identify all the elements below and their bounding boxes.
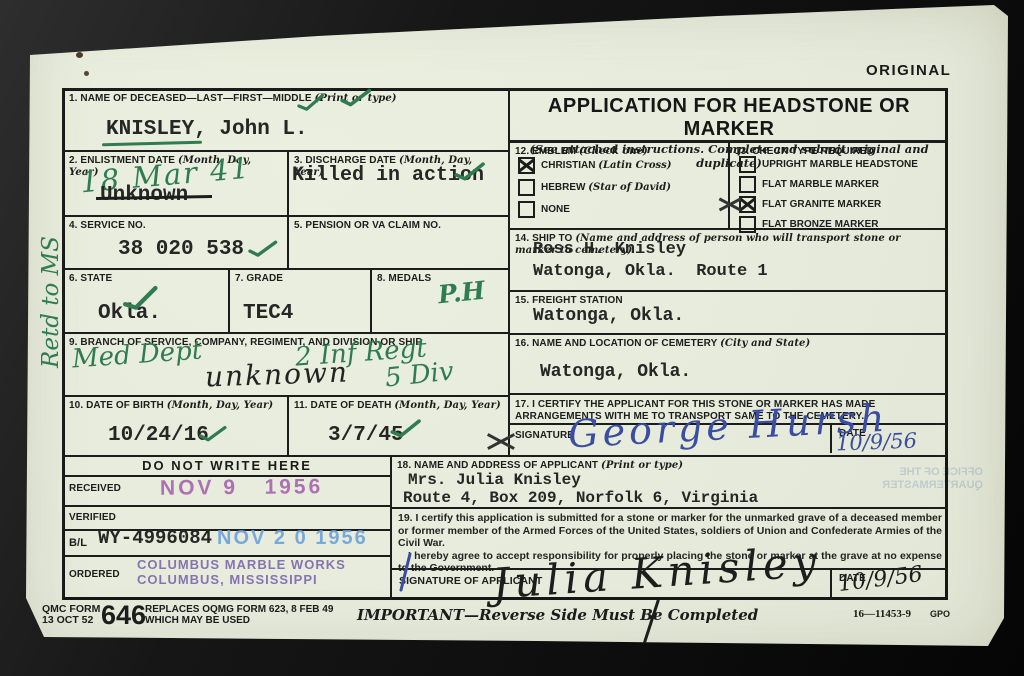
field-label-note: (City and State) [720, 338, 810, 349]
print-code: 16—11453-9 [853, 608, 911, 620]
received-label: RECEIVED [64, 477, 125, 495]
field-label-note: (Month, Day, Year) [167, 400, 273, 411]
grade-value: TEC4 [243, 302, 293, 325]
field-label: 6. STATE [64, 270, 228, 285]
field-label: 15. FREIGHT STATION [510, 292, 948, 307]
verified-date-stamp: NOV 2 0 1956 [217, 527, 368, 550]
ordered-stamp-line1: COLUMBUS MARBLE WORKS [137, 557, 346, 572]
field-label-note: (Month, Day, Year) [394, 400, 500, 411]
option-label: CHRISTIAN [541, 160, 595, 171]
received-date-stamp: NOV 9 1956 [160, 475, 323, 500]
medals-handwritten: P.H [437, 276, 487, 310]
x-pen-mark [486, 428, 516, 452]
margin-note-handwritten: Retd to MS [38, 192, 66, 412]
option-label: FLAT MARBLE MARKER [762, 179, 879, 190]
checkmark-icon [337, 87, 375, 109]
field-label: 13. CHECK TYPE REQUIRED [730, 143, 948, 158]
form-number: 646 [101, 600, 146, 631]
field-label-note: (Check one) [579, 146, 648, 157]
name-of-deceased-value: KNISLEY, John L. [106, 118, 308, 141]
date-column-divider [830, 568, 832, 600]
applicant-line2: Route 4, Box 209, Norfolk 6, Virginia [403, 489, 758, 507]
paper-stain [84, 71, 89, 76]
office-section-header: DO NOT WRITE HERE [64, 457, 390, 477]
form-title: APPLICATION FOR HEADSTONE OR MARKER [510, 90, 948, 141]
checkbox-hebrew [518, 179, 535, 196]
field-label: 10. DATE OF BIRTH [69, 400, 164, 411]
checkbox-flat-marble-marker [739, 176, 756, 193]
checkmark-icon [197, 425, 228, 444]
date-of-birth-value: 10/24/16 [108, 424, 209, 447]
option-note: (Star of David) [588, 182, 671, 193]
cemetery-value: Watonga, Okla. [540, 362, 691, 382]
replaces-line1: REPLACES OQMG FORM 623, 8 FEB 49 [145, 604, 333, 615]
transporter-date: 10/9/56 [836, 429, 918, 456]
field-label: 11. DATE OF DEATH [294, 400, 391, 411]
field-label: 7. GRADE [230, 270, 370, 285]
field-label: 12. EMBLEM [515, 146, 576, 157]
verified-label: VERIFIED [64, 508, 120, 524]
field-label: 18. NAME AND ADDRESS OF APPLICANT [397, 460, 598, 471]
freight-station-value: Watonga, Okla. [533, 306, 684, 326]
important-note: IMPORTANT—Reverse Side Must Be Completed [357, 606, 758, 624]
field-label: 16. NAME AND LOCATION OF CEMETERY [515, 338, 717, 349]
certification-paragraph-1: 19. I certify this application is submit… [392, 509, 948, 550]
copy-label: ORIGINAL [866, 62, 951, 79]
checkbox-none [518, 201, 535, 218]
option-label: HEBREW [541, 182, 585, 193]
form-id-line2: 13 OCT 52 [42, 615, 100, 626]
ordered-label: ORDERED [64, 557, 124, 581]
applicant-line1: Mrs. Julia Knisley [408, 471, 581, 489]
replaces-line2: WHICH MAY BE USED [145, 615, 333, 626]
ship-to-line1: Ross H. Knisley [533, 240, 686, 259]
field-label-note: (Print or type) [601, 460, 683, 471]
option-label: UPRIGHT MARBLE HEADSTONE [762, 159, 918, 170]
field-pension-claim-no: 5. PENSION OR VA CLAIM NO. [287, 215, 508, 268]
service-no-value: 38 020 538 [118, 238, 244, 261]
checkbox-upright-marble-headstone [739, 156, 756, 173]
option-label: NONE [541, 204, 570, 215]
checkmark-icon [247, 239, 278, 260]
ordered-stamp-line2: COLUMBUS, MISSISSIPPI [137, 572, 318, 587]
ship-to-line2: Watonga, Okla. Route 1 [533, 262, 768, 281]
field-label: 1. NAME OF DECEASED—LAST—FIRST—MIDDLE [69, 93, 312, 104]
option-note: (Latin Cross) [598, 160, 671, 171]
bl-label: B/L [64, 531, 91, 550]
extra-x-mark [718, 194, 742, 212]
paper-stain [76, 52, 83, 58]
bl-value: WY-4996084 [98, 527, 212, 549]
checkbox-christian [518, 157, 535, 174]
gpo-label: GPO [930, 609, 950, 619]
field-label: 4. SERVICE NO. [64, 217, 287, 232]
form-title-box: APPLICATION FOR HEADSTONE OR MARKER (See… [508, 88, 948, 140]
field-label: 5. PENSION OR VA CLAIM NO. [289, 217, 508, 232]
scanned-document-page: OFFICE OF THE QUARTERMASTER ORIGINAL 1. … [0, 0, 1024, 676]
option-label: FLAT GRANITE MARKER [762, 199, 881, 210]
